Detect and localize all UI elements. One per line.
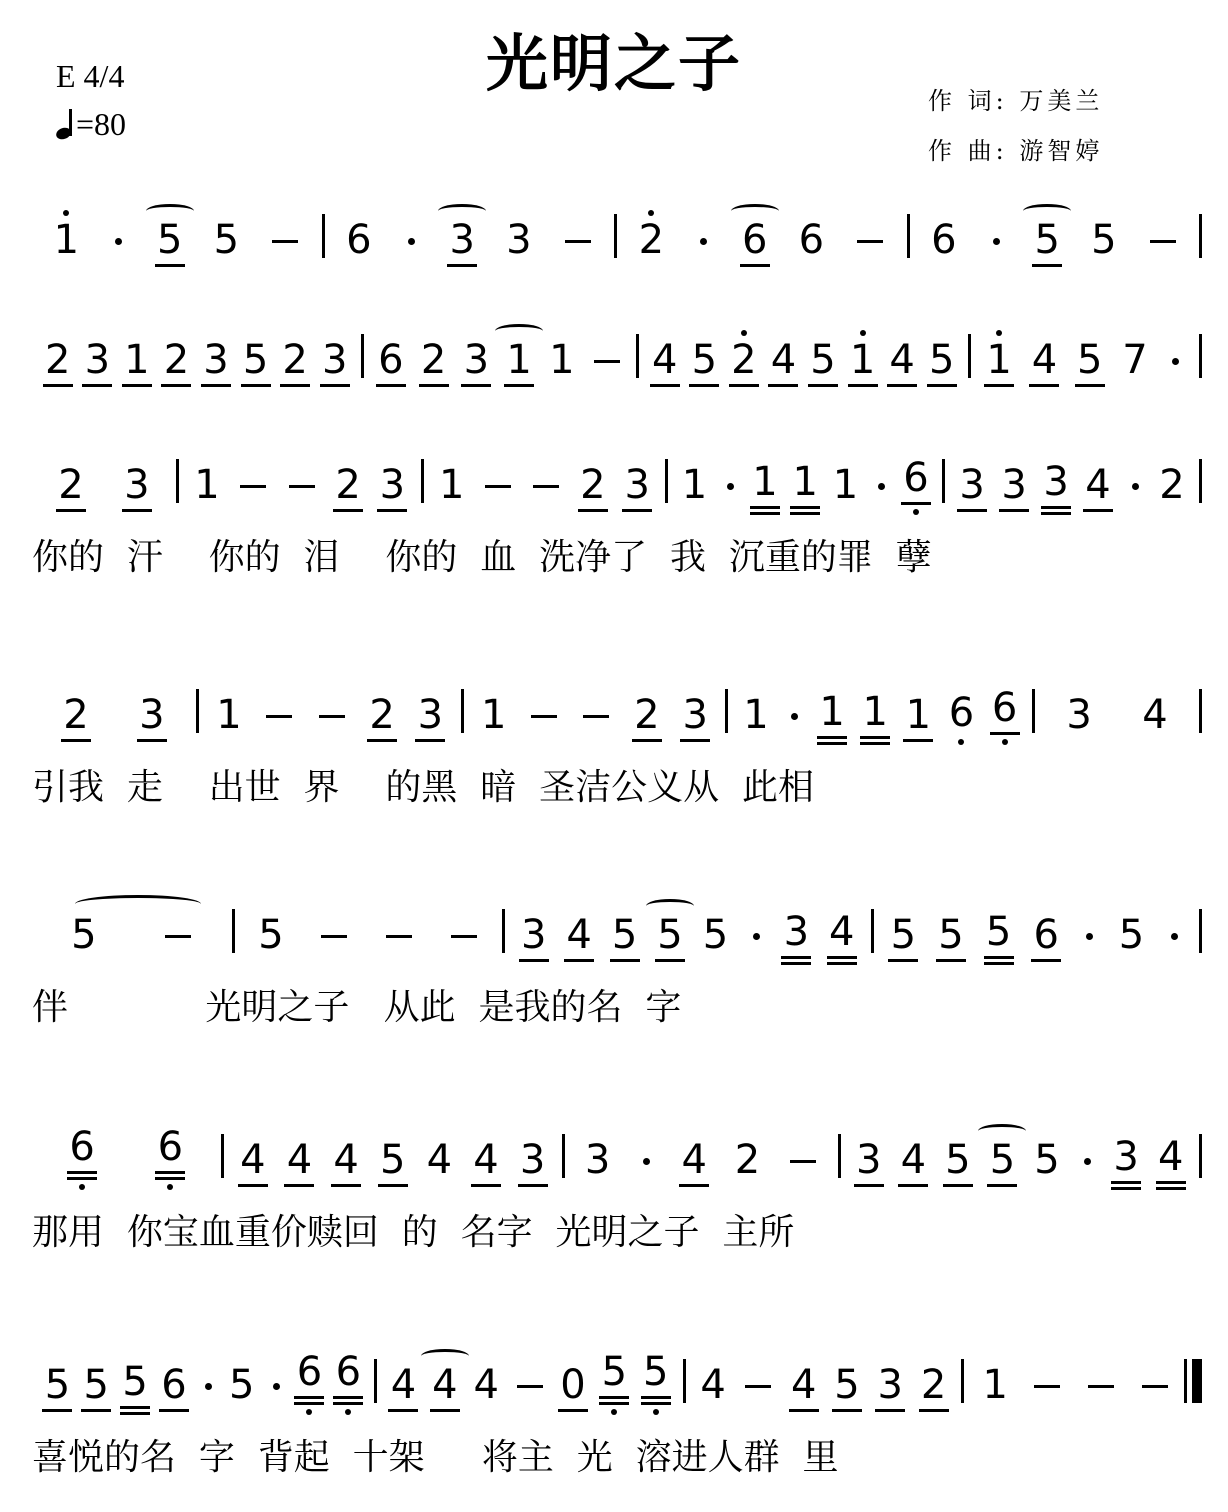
measure: 444055: [377, 1350, 683, 1415]
note: 3: [519, 913, 549, 962]
slur-icon: [1023, 204, 1071, 218]
beam-underline: [42, 1409, 72, 1412]
note: 2: [43, 338, 73, 387]
note: 3: [461, 338, 491, 387]
score-row: 55345553455565伴 光明之子 从此 是我的名 字: [32, 895, 1202, 1033]
beam-underline: [471, 1184, 501, 1187]
note: 2: [1157, 463, 1187, 507]
dash-extension: [741, 1363, 775, 1407]
beam-underline: [564, 959, 594, 962]
octave-up-dot-icon: [63, 210, 69, 216]
measure: 123: [424, 463, 666, 515]
beam-underline: [1083, 509, 1113, 512]
beam-underline: [333, 1396, 363, 1399]
note: 5: [599, 1350, 629, 1415]
measure: 633: [325, 218, 615, 270]
barline: [1199, 459, 1202, 503]
note: 2: [56, 463, 86, 512]
measure: 111166: [728, 686, 1032, 745]
composer-credit: 作 曲: 游智婷: [928, 126, 1103, 176]
augmentation-dot: [198, 1363, 218, 1407]
augmentation-dot: [636, 1138, 656, 1182]
note: 5: [832, 1363, 862, 1412]
note: 5: [808, 338, 838, 387]
slur-icon: [421, 1349, 469, 1363]
note: 1: [680, 463, 710, 507]
beam-underline: [781, 962, 811, 965]
note: 6: [67, 1125, 97, 1190]
note: 1: [51, 218, 81, 262]
note: 1: [860, 690, 890, 745]
beam-underline: [984, 962, 1014, 965]
note: 3: [377, 463, 407, 512]
score-row: 5556566444055445321喜悦的名 字 背起 十架 将主 光 溶进人…: [32, 1345, 1202, 1483]
note: 5: [943, 1138, 973, 1187]
octave-down-dot-icon: [345, 1409, 351, 1415]
note: 4: [564, 913, 594, 962]
beam-underline: [599, 1396, 629, 1399]
beam-underline: [1111, 1181, 1141, 1184]
beam-underline: [888, 959, 918, 962]
beam-underline: [155, 264, 185, 267]
slur-icon: [146, 204, 194, 218]
beam-underline: [655, 959, 685, 962]
beam-underline: [750, 512, 780, 515]
dash-extension: [529, 463, 563, 507]
octave-down-dot-icon: [167, 1184, 173, 1190]
note: 3: [622, 463, 652, 512]
dash-extension: [590, 338, 624, 382]
beam-underline: [817, 742, 847, 745]
note: 3: [875, 1363, 905, 1412]
note: 5: [241, 338, 271, 387]
note: 3: [1111, 1135, 1141, 1190]
dash-extension: [481, 463, 515, 507]
note: 5: [641, 1350, 671, 1415]
note: 5: [1089, 218, 1119, 262]
augmentation-dot: [871, 463, 891, 507]
beam-underline: [984, 384, 1014, 387]
beam-underline: [1041, 506, 1071, 509]
notation-line: 231231231111633342: [32, 445, 1202, 515]
note: 4: [430, 1363, 460, 1412]
beam-underline: [887, 384, 917, 387]
beam-underline: [294, 1402, 324, 1405]
note: 4: [388, 1363, 418, 1412]
beam-underline: [331, 1184, 361, 1187]
dash-extension: [315, 693, 349, 737]
note: 1: [437, 463, 467, 507]
measure: 5: [235, 913, 503, 965]
note: 2: [729, 338, 759, 387]
notation-line: 155633266655: [32, 200, 1202, 270]
beam-underline: [641, 1396, 671, 1399]
note: 6: [901, 456, 931, 515]
measure: 123: [179, 463, 421, 515]
beam-underline: [927, 384, 957, 387]
note: 3: [518, 1138, 548, 1187]
beam-underline: [750, 506, 780, 509]
dash-extension: [561, 218, 595, 262]
lyrics-line: 喜悦的名 字 背起 十架 将主 光 溶进人群 里: [32, 1433, 1202, 1483]
measure: 1: [964, 1363, 1188, 1415]
beam-underline: [238, 1184, 268, 1187]
octave-down-dot-icon: [1002, 739, 1008, 745]
score-meta: E 4/4 =80: [56, 52, 126, 148]
note: 6: [344, 218, 374, 262]
barline: [1199, 214, 1202, 258]
beam-underline: [201, 384, 231, 387]
score-row: 155633266655: [32, 200, 1202, 270]
measure: 44532: [686, 1363, 962, 1415]
note: 1: [479, 693, 509, 737]
dash-extension: [1030, 1363, 1064, 1407]
slur-icon: [978, 1124, 1026, 1138]
measure: 45245145: [639, 338, 968, 390]
beam-underline: [848, 384, 878, 387]
note: 5: [1117, 913, 1147, 957]
note: 1: [214, 693, 244, 737]
note: 6: [1031, 913, 1061, 962]
measure: 4445443: [224, 1138, 563, 1190]
beam-underline: [599, 1402, 629, 1405]
note: 4: [698, 1363, 728, 1407]
beam-underline: [1032, 264, 1062, 267]
beam-underline: [378, 1184, 408, 1187]
beam-underline: [558, 1409, 588, 1412]
note: 1: [980, 1363, 1010, 1407]
dash-extension: [447, 913, 481, 957]
note: 4: [238, 1138, 268, 1187]
tempo-value: =80: [76, 100, 126, 148]
beam-underline: [122, 384, 152, 387]
beam-underline: [622, 509, 652, 512]
note: 2: [333, 463, 363, 512]
note: 5: [1032, 218, 1062, 267]
note: 4: [898, 1138, 928, 1187]
beam-underline: [679, 1184, 709, 1187]
beam-underline: [936, 959, 966, 962]
note: 3: [82, 338, 112, 387]
note: 3: [999, 463, 1029, 512]
beam-underline: [999, 509, 1029, 512]
beam-underline: [919, 1409, 949, 1412]
note: 3: [854, 1138, 884, 1187]
lyrics-line: 你的 汗 你的 泪 你的 血 洗净了 我 沉重的罪 孽: [32, 533, 1202, 583]
note: 5: [227, 1363, 257, 1407]
beam-underline: [504, 384, 534, 387]
note: 3: [1064, 693, 1094, 737]
beam-underline: [155, 1177, 185, 1180]
tempo-marking: =80: [56, 100, 126, 148]
note: 6: [376, 338, 406, 387]
beam-underline: [161, 384, 191, 387]
beam-underline: [789, 1409, 819, 1412]
beam-underline: [82, 384, 112, 387]
beam-underline: [81, 1409, 111, 1412]
note: 1: [903, 693, 933, 742]
measure: 66: [32, 1125, 221, 1190]
note: 4: [1140, 693, 1170, 737]
beam-underline: [1031, 959, 1061, 962]
measure: 23: [32, 463, 176, 515]
note: 1: [984, 338, 1014, 387]
note: 6: [946, 691, 976, 745]
augmentation-dot: [746, 913, 766, 957]
note: 6: [929, 218, 959, 262]
dash-extension: [579, 693, 613, 737]
barline: [1199, 334, 1202, 378]
beam-underline: [610, 959, 640, 962]
beam-underline: [957, 509, 987, 512]
beam-underline: [903, 739, 933, 742]
note: 5: [256, 913, 286, 957]
note: 2: [280, 338, 310, 387]
beam-underline: [1111, 1187, 1141, 1190]
note: 6: [333, 1350, 363, 1415]
beam-underline: [1075, 384, 1105, 387]
note: 5: [42, 1363, 72, 1412]
note: 2: [161, 338, 191, 387]
augmentation-dot: [1125, 463, 1145, 507]
note: 3: [122, 463, 152, 512]
beam-underline: [43, 384, 73, 387]
beam-underline: [67, 1177, 97, 1180]
augmentation-dot: [1165, 338, 1185, 382]
beam-underline: [388, 1409, 418, 1412]
slur-icon: [495, 324, 543, 338]
dash-extension: [853, 218, 887, 262]
augmentation-dot: [266, 1363, 286, 1407]
beam-underline: [367, 739, 397, 742]
note: 5: [1032, 1138, 1062, 1182]
beam-underline: [333, 1402, 363, 1405]
augmentation-dot: [1164, 913, 1184, 957]
key-and-time-signature: E 4/4: [56, 52, 126, 100]
note: 4: [679, 1138, 709, 1187]
dash-extension: [268, 218, 302, 262]
note: 5: [81, 1363, 111, 1412]
note: 5: [689, 338, 719, 387]
beam-underline: [1029, 384, 1059, 387]
credits: 作 词: 万美兰 作 曲: 游智婷: [928, 76, 1103, 176]
notation-line: 55345553455565: [32, 895, 1202, 965]
note: 1: [817, 690, 847, 745]
beam-underline: [419, 384, 449, 387]
note: 3: [201, 338, 231, 387]
lyrics-line: 伴 光明之子 从此 是我的名 字: [32, 983, 1202, 1033]
note: 5: [700, 913, 730, 957]
note: 4: [887, 338, 917, 387]
dash-extension: [236, 463, 270, 507]
beam-underline: [987, 1184, 1017, 1187]
note: 4: [331, 1138, 361, 1187]
note: 4: [471, 1138, 501, 1187]
beam-underline: [901, 502, 931, 505]
beam-underline: [284, 1184, 314, 1187]
octave-down-dot-icon: [611, 1409, 617, 1415]
slur-icon: [731, 204, 779, 218]
beam-underline: [680, 739, 710, 742]
measure: 62311: [364, 338, 637, 390]
beam-underline: [827, 956, 857, 959]
beam-underline: [447, 264, 477, 267]
note: 2: [578, 463, 608, 512]
beam-underline: [67, 1171, 97, 1174]
beam-underline: [827, 962, 857, 965]
octave-up-dot-icon: [741, 330, 747, 336]
note: 1: [790, 460, 820, 515]
beam-underline: [430, 1409, 460, 1412]
dash-extension: [786, 1138, 820, 1182]
note: 4: [789, 1363, 819, 1412]
note: 4: [827, 910, 857, 965]
beam-underline: [817, 736, 847, 739]
dash-extension: [285, 463, 319, 507]
beam-underline: [990, 732, 1020, 735]
augmentation-dot: [1079, 913, 1099, 957]
beam-underline: [518, 1184, 548, 1187]
octave-down-dot-icon: [913, 509, 919, 515]
note: 4: [650, 338, 680, 387]
beam-underline: [122, 509, 152, 512]
barline: [1199, 1134, 1202, 1178]
note: 3: [137, 693, 167, 742]
note: 5: [655, 913, 685, 962]
augmentation-dot: [986, 218, 1006, 262]
measure: 23: [32, 693, 196, 745]
octave-down-dot-icon: [79, 1184, 85, 1190]
beam-underline: [898, 1184, 928, 1187]
lyrics-line: 引我 走 出世 界 的黑 暗 圣洁公义从 此相: [32, 763, 1202, 813]
barline: [1199, 909, 1202, 953]
beam-underline: [943, 1184, 973, 1187]
notation-line: 6644454433423455534: [32, 1120, 1202, 1190]
beam-underline: [61, 739, 91, 742]
octave-up-dot-icon: [648, 210, 654, 216]
note: 5: [987, 1138, 1017, 1187]
note: 5: [888, 913, 918, 962]
note: 5: [936, 913, 966, 962]
note: 1: [848, 338, 878, 387]
measure: 123: [464, 693, 726, 745]
measure: 11116: [668, 456, 942, 515]
note: 5: [1075, 338, 1105, 387]
beam-underline: [578, 509, 608, 512]
note: 5: [120, 1360, 150, 1415]
octave-down-dot-icon: [306, 1409, 312, 1415]
augmentation-dot: [108, 218, 128, 262]
note: 3: [957, 463, 987, 512]
dash-extension: [317, 913, 351, 957]
augmentation-dot: [693, 218, 713, 262]
octave-down-dot-icon: [653, 1409, 659, 1415]
dash-extension: [262, 693, 296, 737]
note: 4: [1156, 1135, 1186, 1190]
note: 4: [1029, 338, 1059, 387]
score-row: 2312352362311452451451457: [32, 320, 1202, 390]
note: 2: [419, 338, 449, 387]
final-barline: [1192, 1359, 1202, 1403]
beam-underline: [860, 736, 890, 739]
beam-underline: [120, 1412, 150, 1415]
beam-underline: [854, 1184, 884, 1187]
beam-underline: [984, 956, 1014, 959]
beam-underline: [808, 384, 838, 387]
beam-underline: [377, 509, 407, 512]
note: 1: [741, 693, 771, 737]
note: 4: [1083, 463, 1113, 512]
beam-underline: [860, 742, 890, 745]
measure: 5: [32, 913, 232, 965]
beam-underline: [1156, 1181, 1186, 1184]
note: 3: [1041, 460, 1071, 515]
beam-underline: [320, 384, 350, 387]
note: 3: [415, 693, 445, 742]
dash-extension: [1146, 218, 1180, 262]
beam-underline: [740, 264, 770, 267]
note: 3: [781, 910, 811, 965]
note: 1: [547, 338, 577, 382]
beam-underline: [159, 1409, 189, 1412]
octave-up-dot-icon: [860, 330, 866, 336]
beam-underline: [650, 384, 680, 387]
beam-underline: [56, 509, 86, 512]
beam-underline: [781, 956, 811, 959]
note: 1: [504, 338, 534, 387]
beam-underline: [790, 506, 820, 509]
note: 2: [367, 693, 397, 742]
augmentation-dot: [1077, 1138, 1097, 1182]
notation-line: 2312312311116634: [32, 675, 1202, 745]
note: 1: [192, 463, 222, 507]
quarter-note-icon: [56, 107, 74, 141]
augmentation-dot: [720, 463, 740, 507]
note: 1: [122, 338, 152, 387]
note: 6: [796, 218, 826, 262]
notation-line: 2312352362311452451451457: [32, 320, 1202, 390]
beam-underline: [120, 1406, 150, 1409]
beam-underline: [641, 1402, 671, 1405]
beam-underline: [137, 739, 167, 742]
beam-underline: [1041, 512, 1071, 515]
beam-underline: [415, 739, 445, 742]
measure: 155: [32, 218, 322, 270]
note: 5: [69, 913, 99, 957]
note: 5: [211, 218, 241, 262]
measure: 123: [199, 693, 461, 745]
note: 2: [636, 218, 666, 262]
beam-underline: [519, 959, 549, 962]
slur-icon: [75, 895, 201, 913]
note: 3: [447, 218, 477, 267]
note: 6: [155, 1125, 185, 1190]
beam-underline: [461, 384, 491, 387]
note: 5: [927, 338, 957, 387]
note: 1: [750, 460, 780, 515]
measure: 34: [1035, 693, 1199, 745]
note: 4: [284, 1138, 314, 1187]
barline: [1199, 689, 1202, 733]
dash-extension: [527, 693, 561, 737]
beam-underline: [1156, 1187, 1186, 1190]
note: 2: [733, 1138, 763, 1182]
beam-underline: [790, 512, 820, 515]
beam-underline: [832, 1409, 862, 1412]
note: 5: [378, 1138, 408, 1187]
note: 6: [294, 1350, 324, 1415]
augmentation-dot: [784, 693, 804, 737]
